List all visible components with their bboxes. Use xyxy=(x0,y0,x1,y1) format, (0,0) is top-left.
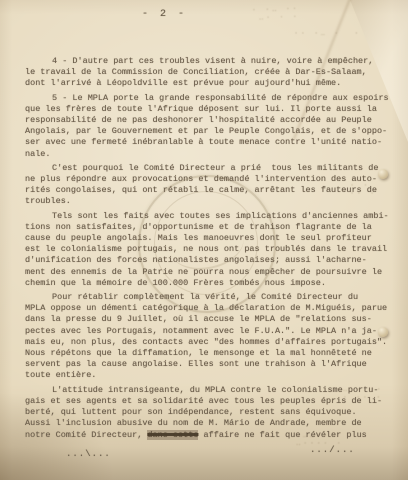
scanned-document-page: · ·‥ ·· ‥· · · ·· ·… · · · · ·· · ·‥ · ·… xyxy=(0,0,408,480)
paragraph-comite-directeur: C'est pourquoi le Comité Directeur a pri… xyxy=(25,163,391,208)
page-number: - 2 - xyxy=(142,9,187,20)
paragraph-point-4: 4 - D'autre part ces troubles visent à n… xyxy=(25,56,391,90)
paragraph-attitude-intransigeante: L'attitude intransigeante, du MPLA contr… xyxy=(25,385,391,441)
struck-out-text: dans cette xyxy=(147,430,198,440)
bleed-through-smudge: ·· ·… · · xyxy=(294,30,361,38)
continuation-mark-right: .../... xyxy=(310,445,355,455)
document-body: 4 - D'autre part ces troubles visent à n… xyxy=(25,56,391,444)
paragraph-point-5: 5 - Le MPLA porte la grande responsabili… xyxy=(25,93,391,160)
continuation-mark-left: ...\... xyxy=(66,449,111,459)
paragraph-pour-retablir: Pour rétablir complètement la vérité, le… xyxy=(25,292,391,382)
paragraph-text-after-strike: affaire ne fait que révéler plus xyxy=(198,430,366,440)
bleed-through-smudge: · ·‥ ·· ‥· · · xyxy=(252,5,300,23)
paragraph-tels-sont-les-faits: Tels sont les faits avec toutes ses impl… xyxy=(25,211,391,289)
